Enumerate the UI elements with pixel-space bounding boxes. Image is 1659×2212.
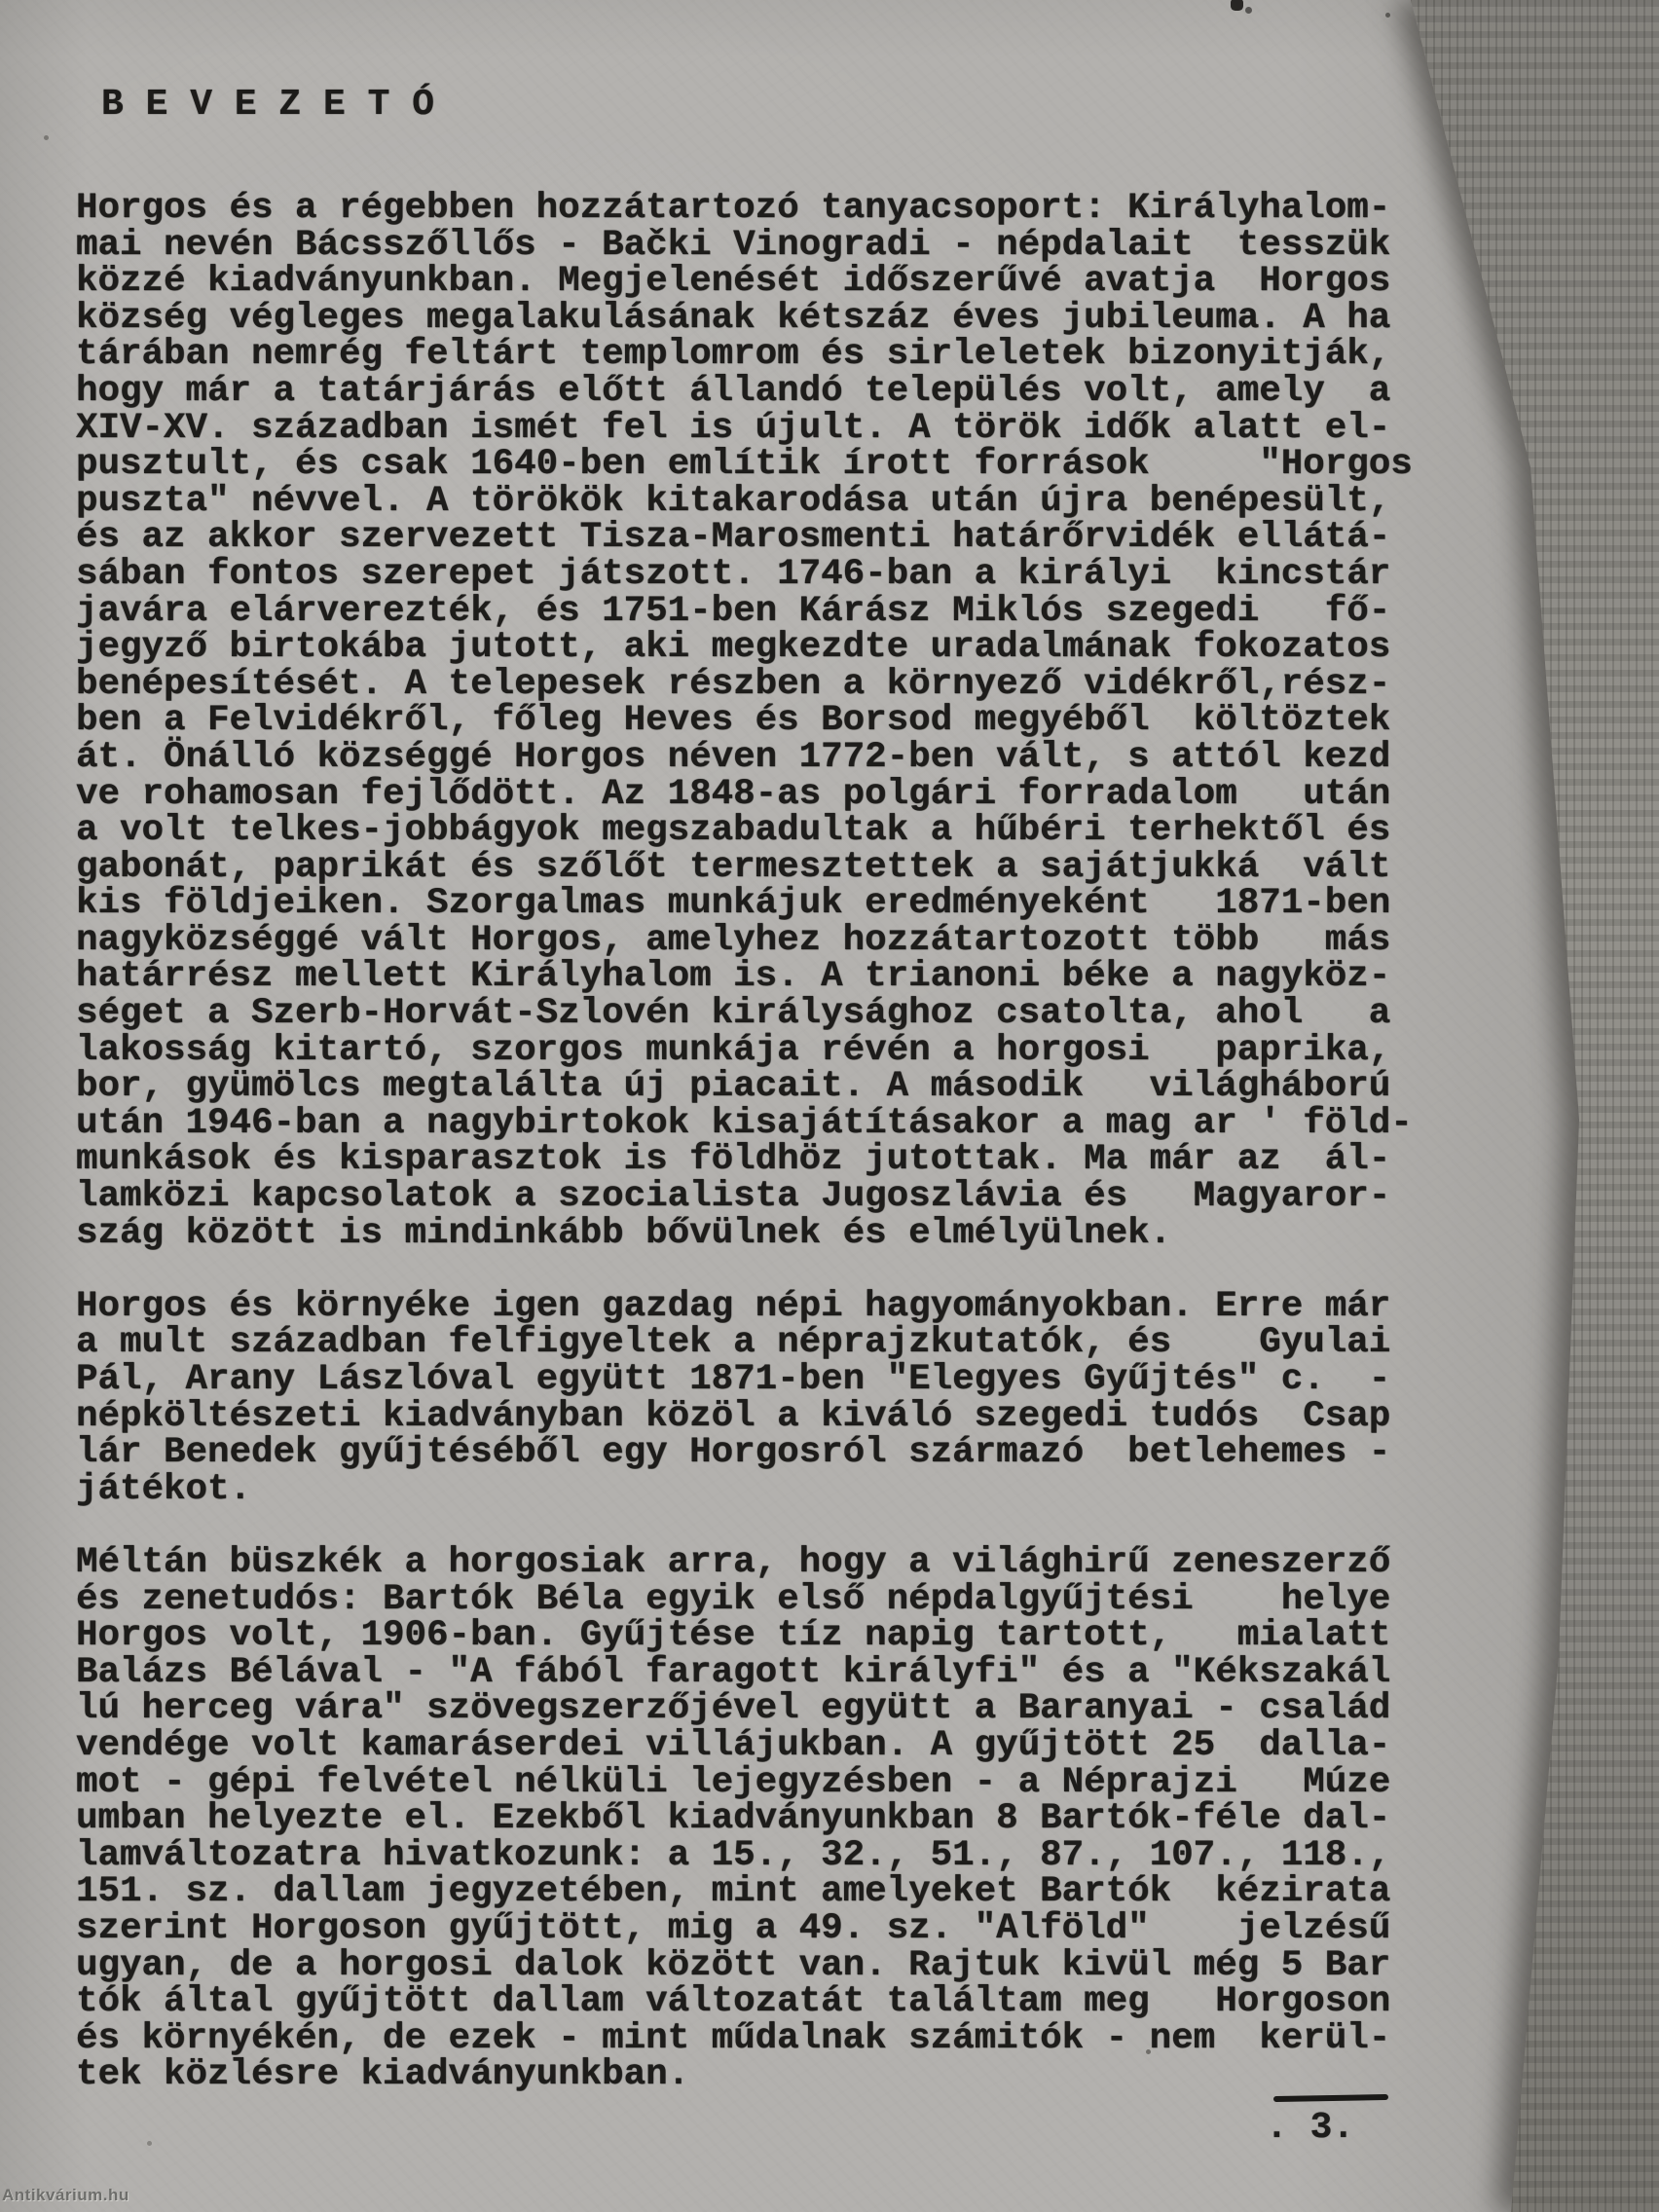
- text-line: bor, gyümölcs megtalálta új piacait. A m…: [76, 1069, 1413, 1106]
- text-line: át. Önálló községgé Horgos néven 1772-be…: [76, 740, 1413, 777]
- text-line: jegyző birtokába jutott, aki megkezdte u…: [76, 630, 1413, 667]
- text-line: benépesítését. A telepesek részben a kör…: [76, 667, 1413, 704]
- scan-specks: [0, 0, 3, 3]
- text-line: a mult században felfigyeltek a néprajzk…: [76, 1325, 1413, 1362]
- text-line: Horgos volt, 1906-ban. Gyűjtése tíz napi…: [76, 1618, 1413, 1655]
- text-line: puszta" névvel. A törökök kitakarodása u…: [76, 484, 1413, 521]
- text-line: tárában nemrég feltárt templomrom és sir…: [76, 337, 1413, 374]
- text-line: és zenetudós: Bartók Béla egyik első nép…: [76, 1582, 1413, 1619]
- text-line: vendége volt kamaráserdei villájukban. A…: [76, 1728, 1413, 1765]
- text-line: lú herceg vára" szövegszerzőjével együtt…: [76, 1691, 1413, 1728]
- text-line: munkások és kisparasztok is földhöz juto…: [76, 1142, 1413, 1179]
- text-line: séget a Szerb-Horvát-Szlovén királyságho…: [76, 996, 1413, 1033]
- text-line: Méltán büszkék a horgosiak arra, hogy a …: [76, 1545, 1413, 1582]
- text-line: mai nevén Bácsszőllős - Bački Vinogradi …: [76, 228, 1413, 265]
- text-line: népköltészeti kiadványban közöl a kiváló…: [76, 1399, 1413, 1436]
- text-line: Horgos és a régebben hozzátartozó tanyac…: [76, 191, 1413, 228]
- text-line: mot - gépi felvétel nélküli lejegyzésben…: [76, 1765, 1413, 1802]
- text-line: hogy már a tatárjárás előtt állandó tele…: [76, 374, 1413, 411]
- blank-line: [76, 1508, 1413, 1545]
- text-line: tek közlésre kiadványunkban.: [76, 2057, 1413, 2094]
- text-line: és környékén, de ezek - mint műdalnak sz…: [76, 2021, 1413, 2058]
- text-line: szerint Horgoson gyűjtött, mig a 49. sz.…: [76, 1911, 1413, 1948]
- watermark-label: Antikvárium.hu: [2, 2186, 129, 2205]
- text-line: ben a Felvidékről, főleg Heves és Borsod…: [76, 703, 1413, 740]
- text-line: határrész mellett Királyhalom is. A tria…: [76, 959, 1413, 996]
- text-line: javára elárverezték, és 1751-ben Kárász …: [76, 594, 1413, 631]
- text-line: tók által gyűjtött dallam változatát tal…: [76, 1984, 1413, 2021]
- text-line: játékot.: [76, 1472, 1413, 1509]
- page-title: B E V E Z E T Ó: [101, 84, 434, 127]
- text-line: szág között is mindinkább bővülnek és el…: [76, 1216, 1413, 1253]
- text-line: község végleges megalakulásának kétszáz …: [76, 301, 1413, 338]
- text-line: umban helyezte el. Ezekből kiadványunkba…: [76, 1801, 1413, 1838]
- text-line: és az akkor szervezett Tisza-Marosmenti …: [76, 520, 1413, 557]
- text-line: nagyközséggé vált Horgos, amelyhez hozzá…: [76, 923, 1413, 960]
- text-line: Horgos és környéke igen gazdag népi hagy…: [76, 1289, 1413, 1326]
- text-line: sában fontos szerepet játszott. 1746-ban…: [76, 557, 1413, 594]
- text-line: Pál, Arany Lászlóval együtt 1871-ben "El…: [76, 1362, 1413, 1399]
- text-line: pusztult, és csak 1640-ben említik írott…: [76, 447, 1413, 484]
- text-line: 151. sz. dallam jegyzetében, mint amelye…: [76, 1874, 1413, 1911]
- blank-line: [76, 1252, 1413, 1289]
- page-number: . 3.: [1266, 2109, 1354, 2148]
- text-line: lamközi kapcsolatok a szocialista Jugosz…: [76, 1179, 1413, 1216]
- text-line: ve rohamosan fejlődött. Az 1848-as polgá…: [76, 777, 1413, 814]
- text-line: lamváltozatra hivatkozunk: a 15., 32., 5…: [76, 1838, 1413, 1875]
- text-line: lár Benedek gyűjtéséből egy Horgosról sz…: [76, 1435, 1413, 1472]
- text-line: Balázs Bélával - "A fából faragott királ…: [76, 1655, 1413, 1692]
- text-line: a volt telkes-jobbágyok megszabadultak a…: [76, 813, 1413, 850]
- text-line: után 1946-ban a nagybirtokok kisajátítás…: [76, 1106, 1413, 1143]
- text-line: gabonát, paprikát és szőlőt termesztette…: [76, 850, 1413, 887]
- text-line: lakosság kitartó, szorgos munkája révén …: [76, 1033, 1413, 1070]
- text-line: közzé kiadványunkban. Megjelenését idősz…: [76, 264, 1413, 301]
- scanned-page: { "document": { "title": "B E V E Z E T …: [0, 0, 1659, 2212]
- text-line: XIV-XV. században ismét fel is újult. A …: [76, 411, 1413, 448]
- text-line: kis földjeiken. Szorgalmas munkájuk ered…: [76, 886, 1413, 923]
- text-line: ugyan, de a horgosi dalok között van. Ra…: [76, 1948, 1413, 1985]
- body-text: Horgos és a régebben hozzátartozó tanyac…: [76, 191, 1413, 2094]
